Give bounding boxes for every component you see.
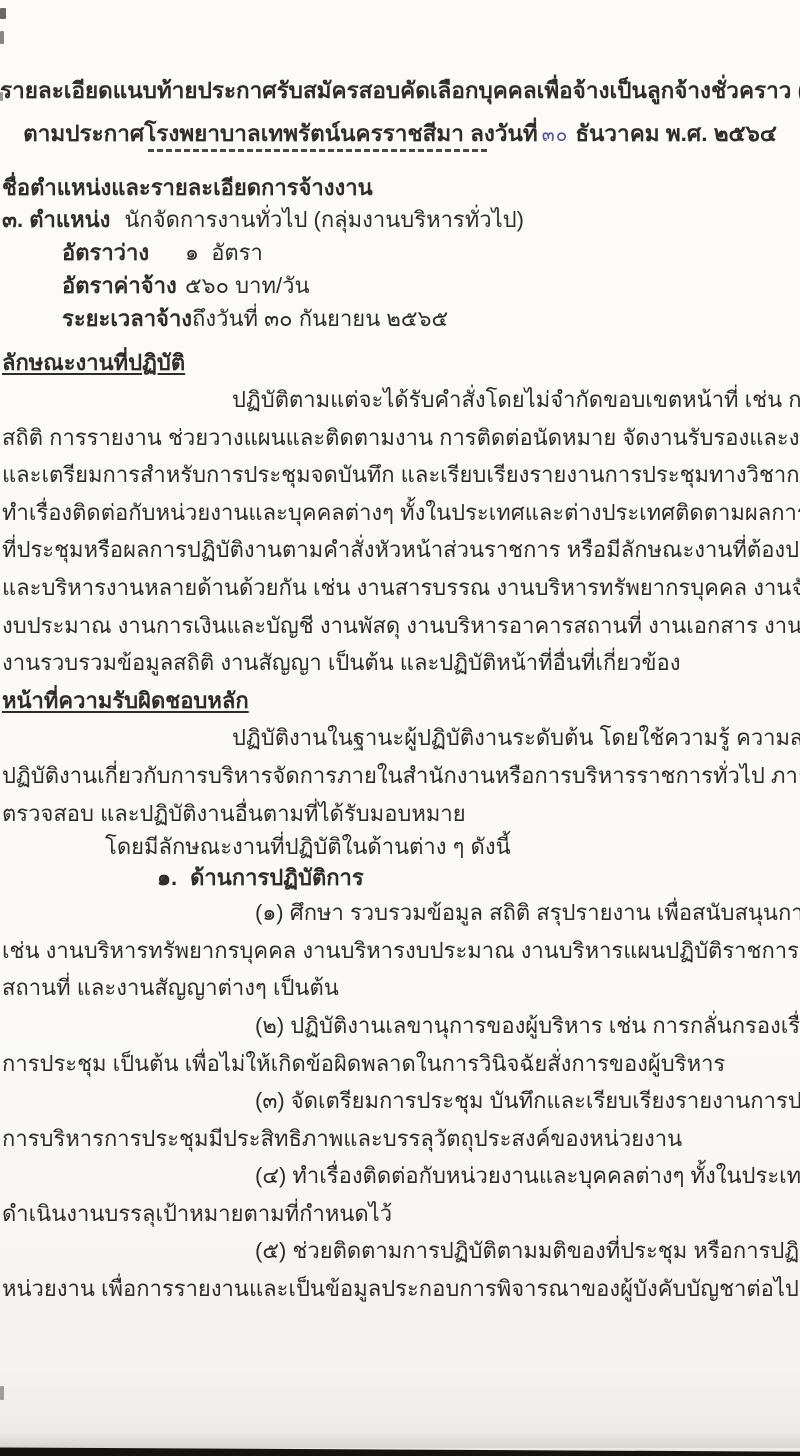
title-line2-prefix: ตามประกาศโรงพยาบาลเทพรัตน์นครราชสีมา ลงว… — [23, 121, 538, 146]
scan-artifact-speck — [0, 1386, 4, 1400]
employment-period-value: ถึงวันที่ ๓๐ กันยายน ๒๕๖๕ — [192, 302, 448, 335]
handwritten-date-number: ๓๐ — [538, 125, 576, 146]
job-nature-line: ทำเรื่องติดต่อกับหน่วยงานและบุคคลต่างๆ ท… — [2, 494, 797, 532]
spec-row-employment-period: ระยะเวลาจ้าง ถึงวันที่ ๓๐ กันยายน ๒๕๖๕ — [2, 302, 797, 335]
operation-item-line: หน่วยงาน เพื่อการรายงานและเป็นข้อมูลประก… — [2, 1270, 797, 1308]
operation-item-line: เช่น งานบริหารทรัพยากรบุคคล งานบริหารงบป… — [2, 932, 797, 970]
operation-item-line: การบริหารการประชุมมีประสิทธิภาพและบรรลุว… — [2, 1120, 797, 1158]
scan-bottom-edge-bar — [0, 1447, 800, 1456]
document-body: ชื่อตำแหน่งและรายละเอียดการจ้างงาน ๓. ตำ… — [2, 172, 797, 1308]
wage-label: อัตราค่าจ้าง — [62, 269, 185, 302]
scan-artifact-speck — [0, 92, 3, 101]
position-section-heading: ชื่อตำแหน่งและรายละเอียดการจ้างงาน — [2, 172, 797, 204]
scanned-document-page: รายละเอียดแนบท้ายประกาศรับสมัครสอบคัดเลื… — [0, 0, 800, 1456]
scan-artifact-speck — [0, 31, 4, 44]
operation-item-line: การประชุม เป็นต้น เพื่อไม่ให้เกิดข้อผิดพ… — [2, 1045, 797, 1083]
scan-bottom-shadow — [0, 1432, 800, 1448]
operation-item-line: (๓) จัดเตรียมการประชุม บันทึกและเรียบเรี… — [2, 1082, 797, 1120]
document-title-line-1: รายละเอียดแนบท้ายประกาศรับสมัครสอบคัดเลื… — [0, 76, 800, 106]
job-nature-line: งานรวบรวมข้อมูลสถิติ งานสัญญา เป็นต้น แล… — [2, 644, 797, 682]
vacancy-label: อัตราว่าง — [62, 236, 185, 269]
position-title-value: นักจัดการงานทั่วไป (กลุ่มงานบริหารทั่วไป… — [124, 207, 524, 232]
operation-item-line: (๕) ช่วยติดตามการปฏิบัติตามมติของที่ประช… — [2, 1232, 797, 1270]
operation-item-line: (๒) ปฏิบัติงานเลขานุการของผู้บริหาร เช่น… — [2, 1007, 797, 1045]
employment-period-label: ระยะเวลาจ้าง — [62, 302, 192, 335]
operation-item-line: ดำเนินงานบรรลุเป้าหมายตามที่กำหนดไว้ — [2, 1195, 797, 1233]
job-nature-line: ปฏิบัติตามแต่จะได้รับคำสั่งโดยไม่จำกัดขอ… — [2, 381, 797, 419]
vacancy-value: ๑ อัตรา — [185, 236, 263, 269]
responsibility-line: ปฏิบัติงานในฐานะผู้ปฏิบัติงานระดับต้น โด… — [2, 719, 797, 757]
operation-item-line: สถานที่ และงานสัญญาต่างๆ เป็นต้น — [2, 969, 797, 1007]
operation-item-line: (๑) ศึกษา รวบรวมข้อมูล สถิติ สรุปรายงาน … — [2, 894, 797, 932]
spec-row-wage: อัตราค่าจ้าง ๕๖๐ บาท/วัน — [2, 269, 797, 302]
position-line: ๓. ตำแหน่งนักจัดการงานทั่วไป (กลุ่มงานบร… — [2, 204, 797, 236]
operation-item-line: (๔) ทำเรื่องติดต่อกับหน่วยงานและบุคคลต่า… — [2, 1157, 797, 1195]
job-nature-line: และเตรียมการสำหรับการประชุมจดบันทึก และเ… — [2, 456, 797, 494]
document-header: รายละเอียดแนบท้ายประกาศรับสมัครสอบคัดเลื… — [0, 76, 800, 151]
job-nature-line: สถิติ การรายงาน ช่วยวางแผนและติดตามงาน ก… — [2, 419, 797, 457]
scan-artifact-speck — [0, 8, 6, 19]
sub-heading-number: ๑. — [157, 865, 177, 890]
responsibility-line: ตรวจสอบ และปฏิบัติงานอื่นตามที่ได้รับมอบ… — [2, 795, 797, 833]
title-line2-suffix: ธันวาคม พ.ศ. ๒๕๖๔ — [575, 121, 777, 146]
job-nature-line: งบประมาณ งานการเงินและบัญชี งานพัสดุ งาน… — [2, 607, 797, 645]
job-nature-heading: ลักษณะงานที่ปฏิบัติ — [2, 350, 185, 375]
sub-heading-title: ด้านการปฏิบัติการ — [190, 865, 364, 890]
operations-sub-heading: ๑.ด้านการปฏิบัติการ — [2, 862, 797, 894]
dashed-separator-line — [148, 149, 488, 152]
position-number-label: ๓. ตำแหน่ง — [2, 207, 110, 232]
responsibility-heading: หน้าที่ความรับผิดชอบหลัก — [2, 688, 249, 713]
spec-row-vacancy: อัตราว่าง ๑ อัตรา — [2, 236, 797, 269]
document-title-line-2: ตามประกาศโรงพยาบาลเทพรัตน์นครราชสีมา ลงว… — [0, 119, 800, 151]
responsibility-line: ปฏิบัติงานเกี่ยวกับการบริหารจัดการภายในส… — [2, 757, 797, 795]
job-nature-line: และบริหารงานหลายด้านด้วยกัน เช่น งานสารบ… — [2, 569, 797, 607]
job-nature-line: ที่ประชุมหรือผลการปฏิบัติงานตามคำสั่งหัว… — [2, 531, 797, 569]
responsibility-intro-line: โดยมีลักษณะงานที่ปฏิบัติในด้านต่าง ๆ ดัง… — [2, 832, 797, 862]
wage-value: ๕๖๐ บาท/วัน — [185, 269, 309, 302]
